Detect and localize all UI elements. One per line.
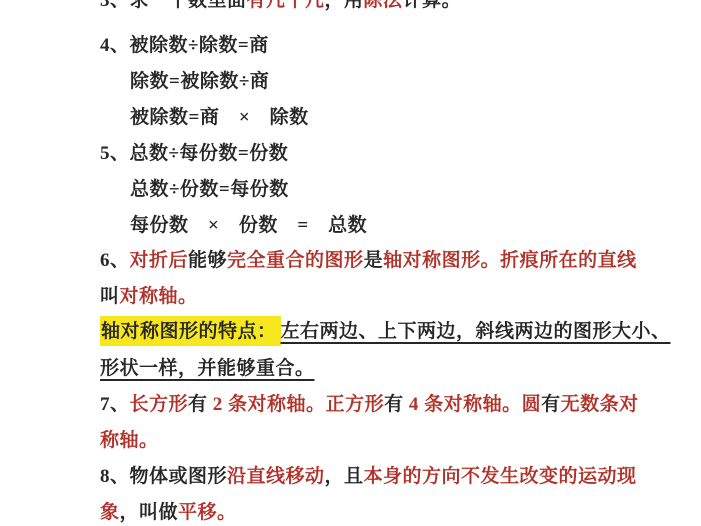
line-rule-6: 6、对折后能够完全重合的图形是轴对称图形。折痕所在的直线	[100, 248, 637, 274]
text-segment: ，用	[325, 0, 364, 11]
text-segment: 总数÷份数=每份数	[130, 179, 289, 200]
text-segment-red: 长方形	[130, 394, 189, 415]
line-rule-5: 5、总数÷每份数=份数	[100, 141, 288, 167]
document-page: 3、求一个数里面有几个几，用除法计算。 4、被除数÷除数=商 除数=被除数÷商 …	[0, 0, 701, 526]
line-symmetry-feature: 轴对称图形的特点：左右两边、上下两边，斜线两边的图形大小、	[100, 319, 671, 345]
text-segment: 有	[188, 394, 213, 415]
text-segment-red: 2 条对称轴。	[213, 394, 326, 415]
text-segment-red: 除法	[364, 0, 403, 11]
formula-divisor: 除数=被除数÷商	[130, 69, 269, 95]
text-segment: 8、物体或图形	[100, 466, 227, 487]
text-segment-red: 象	[100, 502, 120, 523]
text-segment-red: 圆	[522, 394, 542, 415]
line-rule-7: 7、长方形有 2 条对称轴。正方形有 4 条对称轴。圆有无数条对	[100, 392, 639, 418]
line-rule-6-cont: 叫对称轴。	[100, 284, 198, 310]
text-segment-red: 有几个几	[247, 0, 325, 11]
line-rule-4: 4、被除数÷除数=商	[100, 33, 269, 59]
text-segment-red: 平移。	[178, 502, 237, 523]
text-segment-red: 沿直线移动	[227, 466, 325, 487]
line-rule-7-cont: 称轴。	[100, 428, 159, 454]
text-segment-red: 正方形	[326, 394, 385, 415]
formula-dividend: 被除数=商 × 除数	[130, 105, 309, 131]
text-segment-red: 对称轴。	[120, 286, 198, 307]
text-segment: 3、求一个数里面	[100, 0, 247, 11]
text-segment: 每份数 × 份数 = 总数	[130, 215, 367, 236]
text-segment: 被除数=商 × 除数	[130, 107, 309, 128]
line-rule-8: 8、物体或图形沿直线移动，且本身的方向不发生改变的运动现	[100, 464, 637, 490]
text-segment: 有	[384, 394, 409, 415]
line-rule-3: 3、求一个数里面有几个几，用除法计算。	[100, 0, 461, 14]
text-segment: 叫	[100, 286, 120, 307]
text-segment-red: 对折后	[130, 250, 189, 271]
text-segment: 6、	[100, 250, 130, 271]
formula-units-per-share: 总数÷份数=每份数	[130, 177, 289, 203]
text-segment: ，叫做	[120, 502, 179, 523]
text-segment-red: 无数条对	[561, 394, 639, 415]
text-segment-red: 4 条对称轴。	[409, 394, 522, 415]
text-segment: 是	[364, 250, 384, 271]
text-segment-red: 本身的方向不发生改变的运动现	[364, 466, 637, 487]
text-segment: 计算。	[403, 0, 462, 11]
text-segment: 能够	[188, 250, 227, 271]
text-segment: 7、	[100, 394, 130, 415]
line-symmetry-feature-cont: 形状一样，并能够重合。	[100, 356, 315, 382]
underlined-text: 左右两边、上下两边，斜线两边的图形大小、	[281, 321, 671, 342]
text-segment: 除数=被除数÷商	[130, 71, 269, 92]
text-segment-red: 称轴。	[100, 430, 159, 451]
line-rule-8-cont: 象，叫做平移。	[100, 500, 237, 526]
text-segment: ，且	[325, 466, 364, 487]
underlined-text: 形状一样，并能够重合。	[100, 358, 315, 379]
formula-total: 每份数 × 份数 = 总数	[130, 213, 367, 239]
text-segment-red: 轴对称图形。折痕所在的直线	[383, 250, 637, 271]
text-segment-red: 完全重合的图形	[227, 250, 364, 271]
text-segment: 5、总数÷每份数=份数	[100, 143, 288, 164]
text-segment: 4、被除数÷除数=商	[100, 35, 269, 56]
text-segment: 有	[541, 394, 561, 415]
highlighted-text: 轴对称图形的特点：	[100, 316, 281, 346]
